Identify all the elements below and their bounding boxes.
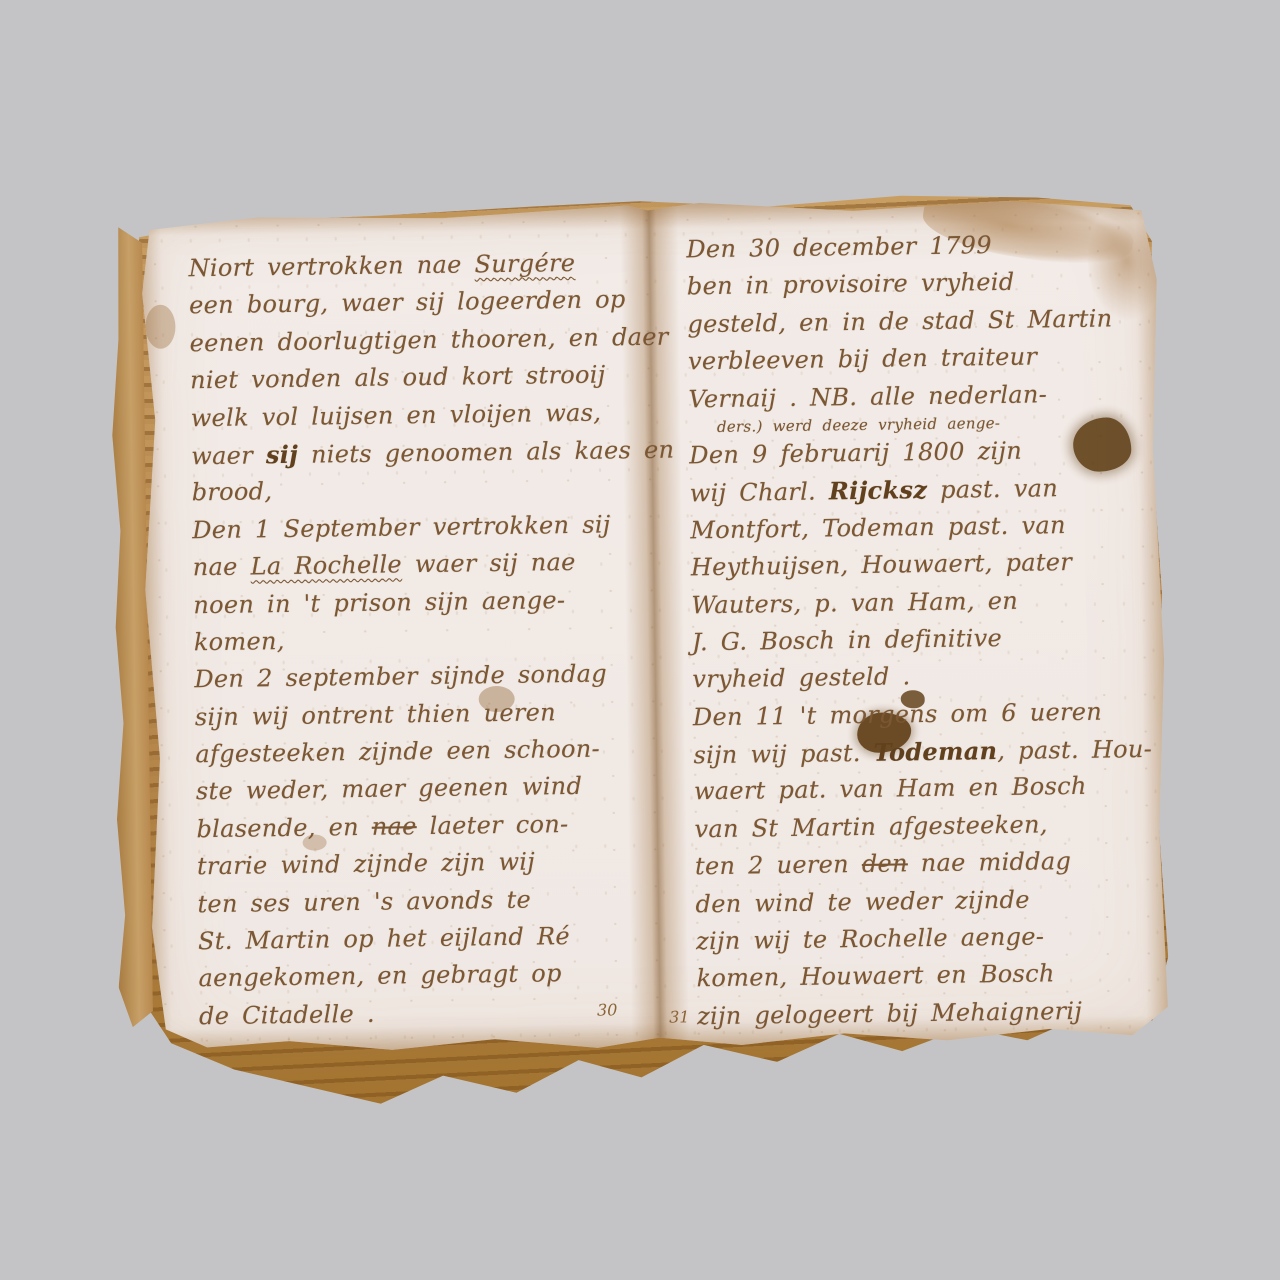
right-page-lines: Den 30 december 1799ben in provisoire vr… bbox=[686, 225, 1165, 1036]
handwriting-segment: ten ses uren 's avonds te bbox=[197, 885, 531, 918]
handwriting-segment: welk vol luijsen en vloijen was, bbox=[191, 398, 602, 432]
handwriting-segment-bold: Rijcksz bbox=[829, 475, 928, 505]
handwriting-segment: ste weder, maer geenen wind bbox=[196, 772, 583, 805]
handwriting-segment: St. Martin op het eijland Ré bbox=[198, 922, 570, 955]
handwriting-line: sijn wij past. Todeman, past. Hou- bbox=[693, 730, 1161, 774]
handwriting-line: komen, Houwaert en Bosch bbox=[696, 954, 1164, 998]
handwriting-segment: Den 9 februarij 1800 zijn bbox=[689, 437, 1022, 470]
handwriting-segment: waert pat. van Ham en Bosch bbox=[694, 772, 1087, 805]
handwriting-segment: ben in provisoire vryheid bbox=[687, 268, 1015, 301]
handwriting-segment: Den 1 September vertrokken sij bbox=[192, 510, 611, 544]
handwriting-segment: een bourg, waer sij logeerden op bbox=[189, 286, 626, 320]
handwriting-line: van St Martin afgesteeken, bbox=[694, 805, 1162, 849]
handwriting-segment: waer sij nae bbox=[402, 548, 576, 578]
handwriting-line: Den 9 februarij 1800 zijn bbox=[689, 431, 1157, 475]
handwriting-segment: Heythuijsen, Houwaert, pater bbox=[691, 548, 1073, 581]
handwriting-segment: laeter con- bbox=[416, 810, 568, 840]
handwriting-line: zijn wij te Rochelle aenge- bbox=[696, 917, 1164, 961]
handwriting-line: den wind te weder zijnde bbox=[695, 879, 1163, 923]
handwriting-line: Vernaij . NB. alle nederlan- bbox=[688, 374, 1156, 418]
handwriting-segment: den wind te weder zijnde bbox=[695, 885, 1030, 918]
handwriting-segment-strike: den bbox=[862, 850, 908, 879]
handwriting-segment: de Citadelle . bbox=[199, 1000, 375, 1030]
handwriting-line: Montfort, Todeman past. van bbox=[690, 506, 1158, 550]
handwriting-segment: sijn wij ontrent thien ueren bbox=[195, 698, 556, 731]
handwriting-segment: Niort vertrokken nae bbox=[188, 250, 474, 282]
handwriting-segment: Wauters, p. van Ham, en bbox=[691, 586, 1018, 619]
handwriting-line: Wauters, p. van Ham, en bbox=[691, 580, 1159, 624]
handwriting-segment: eenen doorlugtigen thooren, en daer bbox=[189, 322, 668, 357]
handwriting-segment-bold: sij bbox=[266, 440, 299, 469]
right-page: Den 30 december 1799ben in provisoire vr… bbox=[686, 225, 1165, 1036]
page-number-right: 31 bbox=[669, 1007, 690, 1026]
handwriting-segment: Den 2 september sijnde sondag bbox=[194, 660, 607, 694]
handwriting-segment: afgesteeken zijnde een schoon- bbox=[195, 735, 600, 769]
handwriting-line: Heythuijsen, Houwaert, pater bbox=[691, 543, 1159, 587]
handwriting-segment: aengekomen, en gebragt op bbox=[198, 960, 562, 993]
handwriting-segment: vryheid gesteld . bbox=[692, 663, 910, 694]
handwriting-line: Den 2 september sijnde sondag bbox=[194, 655, 672, 699]
handwriting-line: J. G. Bosch in definitive bbox=[692, 618, 1160, 662]
stain bbox=[145, 304, 176, 348]
handwriting-segment: noen in 't prison sijn aenge- bbox=[193, 586, 565, 619]
handwriting-segment: komen, bbox=[194, 627, 285, 656]
handwriting-line: waer sij niets genoomen als kaes en bbox=[191, 431, 669, 475]
handwriting-line: waert pat. van Ham en Bosch bbox=[694, 767, 1162, 811]
handwriting-segment: blasende, en bbox=[196, 813, 372, 843]
handwriting-segment: Montfort, Todeman past. van bbox=[690, 511, 1066, 544]
handwriting-segment: wij Charl. bbox=[690, 478, 830, 508]
handwriting-line: ten 2 ueren den nae middag bbox=[695, 842, 1163, 886]
handwriting-segment: J. G. Bosch in definitive bbox=[692, 624, 1002, 656]
handwriting-segment: Den 30 december 1799 bbox=[686, 231, 992, 263]
handwriting-segment: waer bbox=[191, 441, 266, 470]
handwriting-line: verbleeven bij den traiteur bbox=[688, 337, 1156, 381]
handwriting-segment: niets genoomen als kaes en bbox=[298, 435, 675, 468]
handwriting-line: Den 30 december 1799 bbox=[686, 225, 1154, 269]
handwriting-segment: niet vonden als oud kort strooij bbox=[190, 361, 606, 395]
handwriting-segment: past. van bbox=[927, 475, 1058, 505]
manuscript-book: Niort vertrokken nae Surgéreeen bourg, w… bbox=[104, 185, 1183, 1116]
handwriting-segment: komen, Houwaert en Bosch bbox=[696, 960, 1054, 993]
handwriting-segment-strike: nae bbox=[372, 812, 417, 841]
handwriting-line: wij Charl. Rijcksz past. van bbox=[690, 468, 1158, 512]
handwriting-segment: zijn gelogeert bij Mehaignerij bbox=[697, 997, 1082, 1030]
handwriting-segment-bold: Todeman bbox=[873, 736, 997, 767]
handwriting-line: een bourg, waer sij logeerden op bbox=[189, 281, 667, 325]
handwriting-segment: brood, bbox=[192, 478, 273, 507]
handwriting-segment-underline: La Rochelle bbox=[250, 550, 402, 580]
handwriting-segment: nae middag bbox=[908, 847, 1072, 877]
handwriting-line: Den 1 September vertrokken sij bbox=[192, 505, 670, 549]
handwriting-segment: Den 11 't morgens om 6 ueren bbox=[693, 697, 1103, 731]
handwriting-segment: ten 2 ueren bbox=[695, 850, 862, 880]
handwriting-segment: nae bbox=[193, 553, 251, 582]
handwriting-line: gesteld, en in de stad St Martin bbox=[687, 300, 1155, 344]
handwriting-segment: Vernaij . NB. alle nederlan- bbox=[688, 380, 1047, 413]
photo-background: Niort vertrokken nae Surgéreeen bourg, w… bbox=[0, 0, 1280, 1280]
handwriting-line: zijn gelogeert bij Mehaignerij bbox=[697, 992, 1165, 1036]
handwriting-segment: , past. Hou- bbox=[997, 735, 1152, 765]
handwriting-segment: sijn wij past. bbox=[693, 739, 874, 770]
handwriting-segment: gesteld, en in de stad St Martin bbox=[687, 304, 1112, 338]
open-pages: Niort vertrokken nae Surgéreeen bourg, w… bbox=[134, 195, 1174, 1055]
left-page-lines: Niort vertrokken nae Surgéreeen bourg, w… bbox=[188, 244, 677, 1036]
handwriting-line: vryheid gesteld . bbox=[692, 655, 1160, 699]
handwriting-line: Den 11 't morgens om 6 ueren bbox=[693, 692, 1161, 736]
page-number-left: 30 bbox=[597, 1000, 618, 1019]
handwriting-segment: trarie wind zijnde zijn wij bbox=[197, 848, 535, 881]
handwriting-line: niet vonden als oud kort strooij bbox=[190, 356, 668, 400]
left-page: Niort vertrokken nae Surgéreeen bourg, w… bbox=[188, 244, 677, 1036]
handwriting-segment: zijn wij te Rochelle aenge- bbox=[696, 922, 1045, 955]
handwriting-line: ben in provisoire vryheid bbox=[687, 262, 1155, 306]
handwriting-segment: van St Martin afgesteeken, bbox=[694, 810, 1048, 843]
handwriting-segment: verbleeven bij den traiteur bbox=[688, 343, 1038, 376]
handwriting-segment-underline: Surgére bbox=[474, 249, 575, 278]
